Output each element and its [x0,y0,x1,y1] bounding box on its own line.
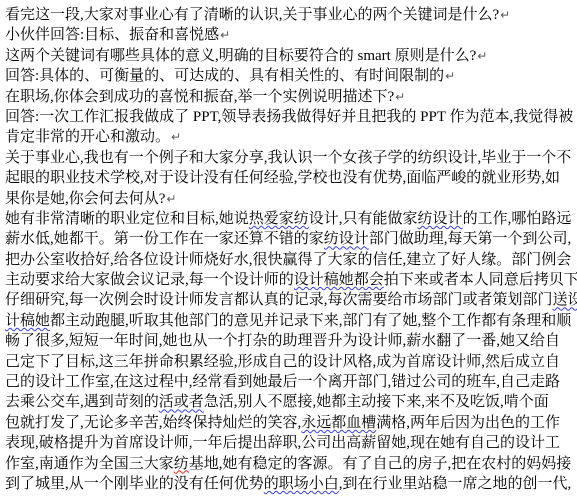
text-line[interactable]: 起眼的职业技术学校,对于设计没有任何经验,学校也没有优势,面临严峻的就业形势,如 [5,168,575,188]
text-line[interactable]: 作室,南通作为全国三大家纺基地,她有稳定的客源。有了自己的房子,把在农村的妈妈接 [5,454,575,474]
text-run: 部门做助理,每天第一个到公司, [369,231,572,247]
text-run: ,到在行业里站稳一席之地的创一代, [339,476,572,492]
grammar-flagged-text: 的职场小白 [264,476,339,492]
text-line[interactable]: 到了城里,从一个刚毕业的没有任何优势的职场小白,到在行业里站稳一席之地的创一代, [5,474,575,494]
text-run: 仔细研究,每一次例会时设计师发言都认真的记录,每次需要给市场部门或者策划部门 [5,292,553,308]
text-line[interactable]: 肯定非常的开心和激动。↵ [5,127,575,147]
text-run: 包就打发了,无论多辛苦,始终保持灿烂的笑容, [5,415,301,431]
text-line[interactable]: 主动要求给大家做会议记录,每一个设计师的设计稿她都会拍下来或者本人同意后拷贝下来 [5,270,575,290]
grammar-flagged-text: 活或者 [159,394,204,410]
grammar-flagged-text: 设计稿她都会 [294,272,384,288]
text-run: 小伙伴回答:目标、振奋和喜悦感 [5,27,219,43]
paragraph-mark-icon: ↵ [445,69,455,83]
paragraph-mark-icon: ↵ [171,130,181,144]
text-run: 关于事业心,我也有一个例子和大家分享,我认识一个女孩子学的纺织设计,毕业于一个不 [5,150,571,166]
text-line[interactable]: 回答:具体的、可衡量的、可达成的、具有相关性的、有时间限制的↵ [5,66,575,86]
text-run: 己的设计工作室,在这过程中,经常看到她最后一个离开部门,错过公司的班车,自己走路 [5,374,560,390]
text-line[interactable]: 薪水低,她都干。第一份工作在一家还算不错的家纺设计部门做助理,每天第一个到公司, [5,229,575,249]
grammar-flagged-text: 热爱家纺 [249,211,309,227]
text-line[interactable]: 表现,破格提升为首席设计师,一年后提出辞职,公司出高薪留她,现在她有自己的设计工 [5,433,575,453]
grammar-flagged-text: 纺设计 [324,231,369,247]
text-run: 表现,破格提升为首席设计师,一年后提出辞职,公司出高薪留她,现在她有自己的设计工 [5,435,560,451]
spellcheck-flagged-text: 纺 [174,456,189,472]
text-run: 这两个关键词有哪些具体的意义,明确的目标要符合的 smart 原则是什么? [5,48,476,64]
text-run: 基地,她有稳定的客源。有了自己的房子,把在农村的妈妈接 [189,456,572,472]
text-line[interactable]: 她有非常清晰的职业定位和目标,她说热爱家纺设计,只有能做家纺设计的工作,哪怕路远 [5,209,575,229]
text-line[interactable]: 在职场,你体会到成功的喜悦和振奋,举一个实例说明描述下?↵ [5,87,575,107]
text-line[interactable]: 仔细研究,每一次例会时设计师发言都认真的记录,每次需要给市场部门或者策划部门送设 [5,290,575,310]
paragraph-mark-icon: ↵ [477,49,487,63]
paragraph-mark-icon: ↵ [166,192,176,206]
grammar-flagged-text: 纺设计 [418,211,463,227]
grammar-flagged-text: 送设 [553,292,577,308]
text-line[interactable]: 己定下了目标,这三年拼命积累经验,形成自己的设计风格,成为首席设计师,然后成立自 [5,352,575,372]
grammar-flagged-text: 永远都血槽 [301,415,376,431]
text-run: 作室,南通作为全国三大家 [5,456,174,472]
text-run: 都主动跑腿,听取其他部门的意见并记录下来,部门有了她,整个工作都有条理和顺 [50,313,571,329]
text-line[interactable]: 小伙伴回答:目标、振奋和喜悦感↵ [5,25,575,45]
text-run: 畅了很多,短短一年时间,她也从一个打杂的助理晋升为设计师,薪水翻了一番,她又给自 [5,333,560,349]
paragraph-mark-icon: ↵ [500,8,510,22]
text-line[interactable]: 果你是她,你会何去何从?↵ [5,189,575,209]
grammar-flagged-text: 计稿她 [5,313,50,329]
text-line[interactable]: 包就打发了,无论多辛苦,始终保持灿烂的笑容,永远都血槽满格,两年后因为出色的工作 [5,413,575,433]
text-line[interactable]: 己的设计工作室,在这过程中,经常看到她最后一个离开部门,错过公司的班车,自己走路 [5,372,575,392]
text-run: 果你是她,你会何去何从? [5,191,165,207]
text-line[interactable]: 看完这一段,大家对事业心有了清晰的认识,关于事业心的两个关键词是什么?↵ [5,5,575,25]
text-line[interactable]: 计稿她都主动跑腿,听取其他部门的意见并记录下来,部门有了她,整个工作都有条理和顺 [5,311,575,331]
text-run: 主动要求给大家做会议记录,每一个设计师的 [5,272,294,288]
text-run: 己定下了目标,这三年拼命积累经验,形成自己的设计风格,成为首席设计师,然后成立自 [5,354,560,370]
text-line[interactable]: 这两个关键词有哪些具体的意义,明确的目标要符合的 smart 原则是什么?↵ [5,46,575,66]
text-run: 拍下来或者本人同意后拷贝下来 [384,272,577,288]
text-run: 肯定非常的开心和激动。 [5,129,170,145]
paragraph-mark-icon: ↵ [220,28,230,42]
text-run: 回答:具体的、可衡量的、可达成的、具有相关性的、有时间限制的 [5,68,444,84]
text-run: 看完这一段,大家对事业心有了清晰的认识,关于事业心的两个关键词是什么? [5,7,499,23]
text-run: 把办公室收拾好,给各位设计师烧好水,很快赢得了大家的信任,建立了好人缘。部门例会 [5,252,571,268]
text-line[interactable]: 畅了很多,短短一年时间,她也从一个打杂的助理晋升为设计师,薪水翻了一番,她又给自 [5,331,575,351]
text-run: 设计,只有能做家 [309,211,418,227]
text-run: 到了城里,从一个刚毕业的没有任何优势 [5,476,264,492]
text-run: 起眼的职业技术学校,对于设计没有任何经验,学校也没有优势,面临严峻的就业形势,如 [5,170,560,186]
text-line[interactable]: 把办公室收拾好,给各位设计师烧好水,很快赢得了大家的信任,建立了好人缘。部门例会 [5,250,575,270]
text-run: 去乘公交车,遇到苛刻的 [5,394,159,410]
document-page[interactable]: 看完这一段,大家对事业心有了清晰的认识,关于事业心的两个关键词是什么?↵小伙伴回… [0,0,577,501]
text-run: 急活,别人不愿接,她都主动接下来,来不及吃饭,啃个面 [204,394,549,410]
paragraph-mark-icon: ↵ [395,90,405,104]
text-line[interactable]: 去乘公交车,遇到苛刻的活或者急活,别人不愿接,她都主动接下来,来不及吃饭,啃个面 [5,392,575,412]
text-run: 她有非常清晰的职业定位和目标,她说 [5,211,249,227]
text-run: 在职场,你体会到成功的喜悦和振奋,举一个实例说明描述下? [5,89,394,105]
text-line[interactable]: 关于事业心,我也有一个例子和大家分享,我认识一个女孩子学的纺织设计,毕业于一个不 [5,148,575,168]
text-line[interactable]: 回答:一次工作汇报我做成了 PPT,领导表扬我做得好并且把我的 PPT 作为范本… [5,107,575,127]
text-run: 薪水低,她都干。第一份工作在一家还算不错的家 [5,231,324,247]
text-run: 回答:一次工作汇报我做成了 PPT,领导表扬我做得好并且把我的 PPT 作为范本… [5,109,573,125]
text-run: 满格,两年后因为出色的工作 [376,415,560,431]
text-run: 的工作,哪怕路远 [463,211,572,227]
